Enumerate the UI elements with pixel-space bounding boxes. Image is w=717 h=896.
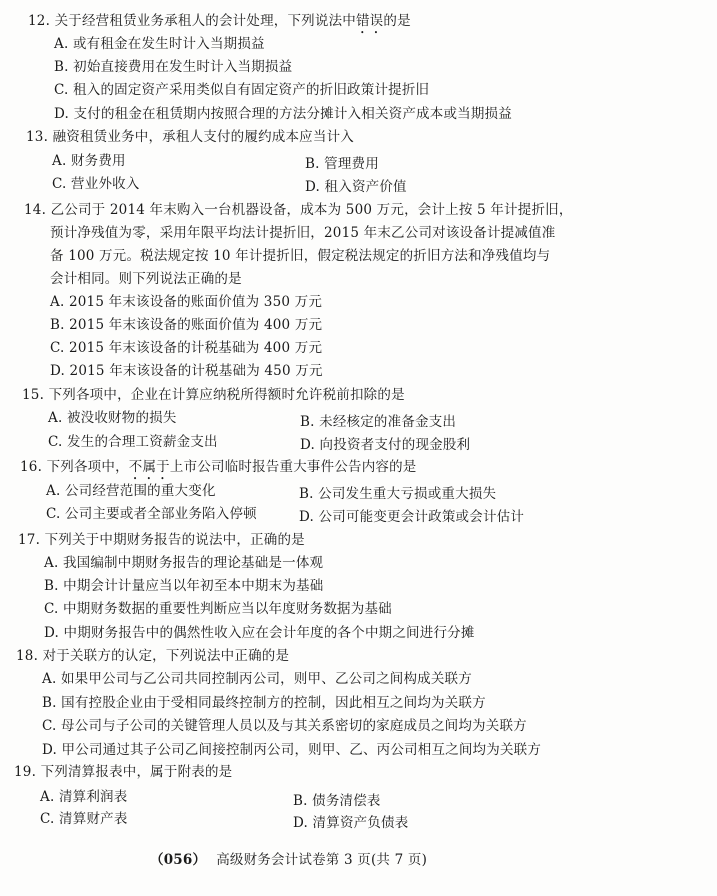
option-label: D.: [42, 742, 57, 758]
option-label: A.: [44, 555, 58, 571]
exam-code: （056）: [150, 852, 206, 868]
option-label: A.: [48, 410, 62, 426]
question-19-option-d: D. 清算资产负债表: [293, 814, 408, 832]
option-label: C.: [42, 718, 57, 734]
option-label: B.: [293, 793, 308, 809]
question-14-option-b: B. 2015 年末该设备的账面价值为 400 万元: [50, 316, 322, 334]
question-14-stem-line-1: 14. 乙公司于 2014 年末购入一台机器设备，成本为 500 万元，会计上按…: [24, 201, 573, 219]
option-label: B.: [54, 59, 69, 75]
question-14-stem-line-4: 会计相同。则下列说法正确的是: [50, 270, 242, 288]
question-13-stem: 13. 融资租赁业务中，承租人支付的履约成本应当计入: [26, 128, 354, 146]
question-19-option-c: C. 清算财产表: [40, 810, 128, 828]
text: 甲公司通过其子公司乙间接控制丙公司，则甲、乙、丙公司相互之间均为关联方: [62, 742, 542, 758]
option-label: A.: [52, 153, 66, 169]
option-label: C.: [40, 811, 55, 827]
question-15-option-a: A. 被没收财物的损失: [48, 409, 177, 427]
text: 2015 年末该设备的账面价值为 350 万元: [69, 294, 322, 310]
question-15-option-d: D. 向投资者支付的现金股利: [300, 436, 470, 454]
question-17-option-d: D. 中期财务报告中的偶然性收入应在会计年度的各个中期之间进行分摊: [44, 624, 475, 642]
question-14-option-c: C. 2015 年末该设备的计税基础为 400 万元: [50, 339, 322, 357]
option-label: D.: [293, 815, 308, 831]
emphasis-text: 错误: [356, 13, 383, 29]
option-label: A.: [42, 671, 56, 687]
question-17-option-b: B. 中期会计计量应当以年初至本中期末为基础: [44, 577, 323, 595]
text: 或有租金在发生时计入当期损益: [73, 36, 265, 52]
question-16-option-d: D. 公司可能变更会计政策或会计估计: [299, 508, 524, 526]
question-13-option-a: A. 财务费用: [52, 152, 126, 170]
question-number: 13.: [26, 128, 48, 146]
question-15-option-c: C. 发生的合理工资薪金支出: [48, 433, 218, 451]
text: 下列各项中，企业在计算应纳税所得额时允许税前扣除的是: [49, 387, 405, 403]
text: 母公司与子公司的关键管理人员以及与其关系密切的家庭成员之间均为关联方: [61, 718, 527, 734]
question-15-option-b: B. 未经核定的准备金支出: [300, 413, 456, 431]
question-17-option-a: A. 我国编制中期财务报告的理论基础是一体观: [44, 554, 323, 572]
text: 公司可能变更会计政策或会计估计: [319, 509, 525, 525]
option-label: C.: [54, 82, 69, 98]
question-16-stem: 16. 下列各项中，不属于上市公司临时报告重大事件公告内容的是: [20, 458, 417, 483]
option-label: C.: [44, 601, 59, 617]
option-label: C.: [48, 434, 63, 450]
text: 清算资产负债表: [313, 815, 409, 831]
question-13-option-d: D. 租入资产价值: [305, 178, 407, 196]
question-14-stem-line-3: 备 100 万元。税法规定按 10 年计提折旧，假定税法规定的折旧方法和净残值均…: [50, 247, 550, 265]
text: 租入的固定资产采用类似自有固定资产的折旧政策计提折旧: [73, 82, 429, 98]
text: 公司经营范围的重大变化: [65, 483, 216, 499]
option-label: A.: [54, 36, 68, 52]
option-label: C.: [46, 506, 61, 522]
text: 对于关联方的认定，下列说法中正确的是: [43, 648, 290, 664]
text: 国有控股企业由于受相同最终控制方的控制，因此相互之间均为关联方: [61, 695, 486, 711]
option-label: D.: [54, 106, 69, 122]
question-19-stem: 19. 下列清算报表中，属于附表的是: [14, 763, 232, 781]
text: 融资租赁业务中，承租人支付的履约成本应当计入: [53, 129, 354, 145]
option-label: C.: [50, 340, 65, 356]
text: 下列各项中，: [47, 459, 129, 475]
option-label: D.: [44, 625, 59, 641]
question-12-option-a: A. 或有租金在发生时计入当期损益: [54, 35, 265, 53]
question-number: 14.: [24, 201, 46, 219]
question-18-option-b: B. 国有控股企业由于受相同最终控制方的控制，因此相互之间均为关联方: [42, 694, 486, 712]
question-18-option-a: A. 如果甲公司与乙公司共同控制丙公司，则甲、乙公司之间构成关联方: [42, 670, 472, 688]
question-12-option-d: D. 支付的租金在租赁期内按照合理的方法分摊计入相关资产成本或当期损益: [54, 105, 512, 123]
question-12-option-c: C. 租入的固定资产采用类似自有固定资产的折旧政策计提折旧: [54, 81, 429, 99]
text: 未经核定的准备金支出: [319, 414, 456, 430]
text: 租入资产价值: [325, 179, 407, 195]
option-label: D.: [50, 363, 65, 379]
page-info: 高级财务会计试卷第 3 页(共 7 页): [216, 852, 427, 868]
text: 向投资者支付的现金股利: [320, 437, 471, 453]
emphasis-text: 不属于: [129, 459, 170, 475]
text: 管理费用: [324, 156, 379, 172]
question-18-option-d: D. 甲公司通过其子公司乙间接控制丙公司，则甲、乙、丙公司相互之间均为关联方: [42, 741, 541, 759]
option-label: D.: [305, 179, 320, 195]
question-16-option-b: B. 公司发生重大亏损或重大损失: [299, 485, 496, 503]
option-label: B.: [300, 414, 315, 430]
question-12-option-b: B. 初始直接费用在发生时计入当期损益: [54, 58, 292, 76]
option-label: D.: [300, 437, 315, 453]
text: 中期会计计量应当以年初至本中期末为基础: [63, 578, 323, 594]
question-14-option-a: A. 2015 年末该设备的账面价值为 350 万元: [50, 293, 322, 311]
question-number: 17.: [18, 531, 40, 549]
option-label: B.: [42, 695, 57, 711]
text: 下列清算报表中，属于附表的是: [41, 764, 233, 780]
text: 公司发生重大亏损或重大损失: [318, 486, 496, 502]
option-label: D.: [299, 509, 314, 525]
question-number: 16.: [20, 458, 42, 476]
question-16-option-a: A. 公司经营范围的重大变化: [46, 482, 216, 500]
option-label: C.: [52, 176, 67, 192]
text: 如果甲公司与乙公司共同控制丙公司，则甲、乙公司之间构成关联方: [61, 671, 472, 687]
text: 被没收财物的损失: [67, 410, 177, 426]
question-12-stem: 12. 关于经营租赁业务承租人的会计处理，下列说法中错误的是: [28, 12, 411, 37]
text: 初始直接费用在发生时计入当期损益: [73, 59, 292, 75]
question-number: 15.: [22, 386, 44, 404]
text: 2015 年末该设备的计税基础为 400 万元: [69, 340, 322, 356]
option-label: A.: [40, 789, 54, 805]
question-17-option-c: C. 中期财务数据的重要性判断应当以年度财务数据为基础: [44, 600, 392, 618]
question-17-stem: 17. 下列关于中期财务报告的说法中，正确的是: [18, 531, 305, 549]
exam-page: 12. 关于经营租赁业务承租人的会计处理，下列说法中错误的是 A. 或有租金在发…: [0, 0, 717, 896]
text: 中期财务报告中的偶然性收入应在会计年度的各个中期之间进行分摊: [64, 625, 475, 641]
question-14-option-d: D. 2015 年末该设备的计税基础为 450 万元: [50, 362, 323, 380]
question-16-option-c: C. 公司主要或者全部业务陷入停顿: [46, 505, 257, 523]
text: 2015 年末该设备的计税基础为 450 万元: [70, 363, 323, 379]
text: 清算财产表: [59, 811, 128, 827]
question-14-stem-line-2: 预计净残值为零，采用年限平均法计提折旧，2015 年末乙公司对该设备计提减值准: [50, 224, 555, 242]
text: 发生的合理工资薪金支出: [67, 434, 218, 450]
text: 债务清偿表: [312, 793, 381, 809]
text: 乙公司于 2014 年末购入一台机器设备，成本为 500 万元，会计上按 5 年…: [51, 202, 573, 218]
option-label: A.: [46, 483, 60, 499]
option-label: B.: [44, 578, 59, 594]
text: 公司主要或者全部业务陷入停顿: [65, 506, 257, 522]
question-13-option-c: C. 营业外收入: [52, 175, 140, 193]
question-19-option-a: A. 清算利润表: [40, 788, 127, 806]
question-18-option-c: C. 母公司与子公司的关键管理人员以及与其关系密切的家庭成员之间均为关联方: [42, 717, 527, 735]
page-footer: （056）高级财务会计试卷第 3 页(共 7 页): [150, 851, 427, 869]
text: 支付的租金在租赁期内按照合理的方法分摊计入相关资产成本或当期损益: [74, 106, 512, 122]
question-18-stem: 18. 对于关联方的认定，下列说法中正确的是: [16, 647, 289, 665]
text: 清算利润表: [59, 789, 128, 805]
question-15-stem: 15. 下列各项中，企业在计算应纳税所得额时允许税前扣除的是: [22, 386, 405, 404]
option-label: B.: [305, 156, 320, 172]
text: 2015 年末该设备的账面价值为 400 万元: [69, 317, 322, 333]
question-number: 12.: [28, 12, 50, 30]
option-label: B.: [299, 486, 314, 502]
text: 中期财务数据的重要性判断应当以年度财务数据为基础: [63, 601, 392, 617]
option-label: A.: [50, 294, 64, 310]
question-number: 18.: [16, 647, 38, 665]
text: 财务费用: [71, 153, 126, 169]
question-number: 19.: [14, 763, 36, 781]
text: 营业外收入: [71, 176, 140, 192]
text: 我国编制中期财务报告的理论基础是一体观: [63, 555, 323, 571]
question-13-option-b: B. 管理费用: [305, 155, 379, 173]
text: 下列关于中期财务报告的说法中，正确的是: [45, 532, 305, 548]
text: 上市公司临时报告重大事件公告内容的是: [170, 459, 417, 475]
option-label: B.: [50, 317, 65, 333]
question-19-option-b: B. 债务清偿表: [293, 792, 381, 810]
